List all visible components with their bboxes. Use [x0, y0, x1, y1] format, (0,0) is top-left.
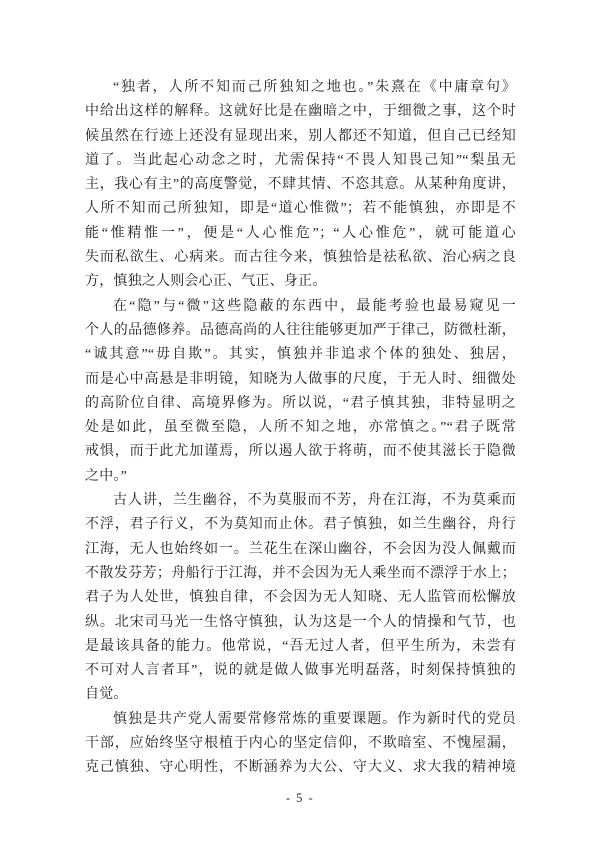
- text-line: 克己慎独、守心明性，不断涵养为大公、守大义、求大我的精神境: [85, 756, 516, 780]
- text-line: 慎独是共产党人需要常修常炼的重要课题。作为新时代的党员: [85, 708, 516, 732]
- text-line: 方，慎独之人则会心正、气正、身正。: [85, 270, 516, 294]
- text-line: 江海，无人也始终如一。兰花生在深山幽谷，不会因为没人佩戴而: [85, 538, 516, 562]
- text-line: 戒惧，而于此尤加谨焉，所以遏人欲于将萌，而不使其滋长于隐微: [85, 440, 516, 464]
- text-line: 人所不知而己所独知，即是“道心惟微”；若不能慎独，亦即是不: [85, 197, 516, 221]
- paragraph: “独者，人所不知而己所独知之地也。”朱熹在《中庸章句》中给出这样的解释。这就好比…: [85, 76, 516, 295]
- text-line: 失而私欲生、心病来。而古往今来，慎独恰是祛私欲、治心病之良: [85, 246, 516, 270]
- paragraph: 古人讲，兰生幽谷，不为莫服而不芳，舟在江海，不为莫乘而不浮，君子行义，不为莫知而…: [85, 489, 516, 708]
- text-line: 君子为人处世，慎独自律，不会因为无人知晓、无人监管而松懈放: [85, 586, 516, 610]
- text-line: 主，我心有主”的高度警觉，不肆其情、不恣其意。从某种角度讲，: [85, 173, 516, 197]
- text-line: 自觉。: [85, 683, 516, 707]
- text-line: 不散发芬芳；舟船行于江海，并不会因为无人乘坐而不漂浮于水上；: [85, 562, 516, 586]
- text-line: 个人的品德修养。品德高尚的人往往能够更加严于律己，防微杜渐，: [85, 319, 516, 343]
- text-line: 之中。”: [85, 465, 516, 489]
- paragraph: 慎独是共产党人需要常修常炼的重要课题。作为新时代的党员干部，应始终坚守根植于内心…: [85, 708, 516, 781]
- text-line: 而是心中高悬是非明镜，知晓为人做事的尺度，于无人时、细微处: [85, 368, 516, 392]
- text-line: 能“惟精惟一”，便是“人心惟危”；“人心惟危”，就可能道心: [85, 222, 516, 246]
- text-line: 处是如此，虽至微至隐，人所不知之地，亦常慎之。”“君子既常: [85, 416, 516, 440]
- text-line: 中给出这样的解释。这就好比是在幽暗之中，于细微之事，这个时: [85, 100, 516, 124]
- text-line: 不可对人言者耳”，说的就是做人做事光明磊落，时刻保持慎独的: [85, 659, 516, 683]
- paragraph: 在“隐”与“微”这些隐蔽的东西中，最能考验也最易窥见一个人的品德修养。品德高尚的…: [85, 295, 516, 489]
- text-line: 不浮，君子行义，不为莫知而止休。君子慎独，如兰生幽谷，舟行: [85, 513, 516, 537]
- text-line: 是最该具备的能力。他常说，“吾无过人者，但平生所为，未尝有: [85, 635, 516, 659]
- page-number: - 5 -: [0, 791, 600, 806]
- text-line: 的高阶位自律、高境界修为。所以说，“君子慎其独，非特显明之: [85, 392, 516, 416]
- document-page: “独者，人所不知而己所独知之地也。”朱熹在《中庸章句》中给出这样的解释。这就好比…: [0, 0, 600, 849]
- text-line: “诚其意”“毋自欺”。其实，慎独并非追求个体的独处、独居，: [85, 343, 516, 367]
- text-line: 在“隐”与“微”这些隐蔽的东西中，最能考验也最易窥见一: [85, 295, 516, 319]
- text-line: 候虽然在行迹上还没有显现出来，别人都还不知道，但自己已经知: [85, 125, 516, 149]
- text-line: 道了。当此起心动念之时，尤需保持“不畏人知畏己知”“梨虽无: [85, 149, 516, 173]
- text-line: 纵。北宋司马光一生恪守慎独，认为这是一个人的情操和气节，也: [85, 611, 516, 635]
- text-line: 干部，应始终坚守根植于内心的坚定信仰，不欺暗室、不愧屋漏，: [85, 732, 516, 756]
- document-body: “独者，人所不知而己所独知之地也。”朱熹在《中庸章句》中给出这样的解释。这就好比…: [85, 76, 516, 781]
- text-line: “独者，人所不知而己所独知之地也。”朱熹在《中庸章句》: [85, 76, 516, 100]
- text-line: 古人讲，兰生幽谷，不为莫服而不芳，舟在江海，不为莫乘而: [85, 489, 516, 513]
